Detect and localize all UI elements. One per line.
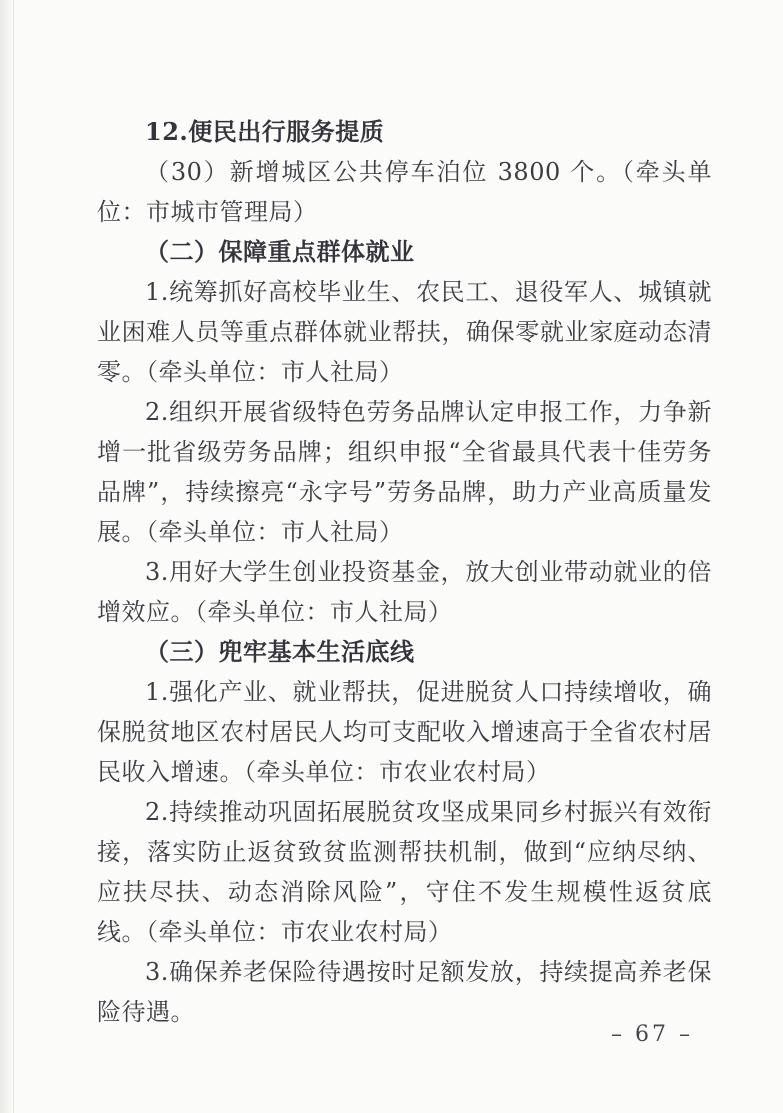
section-heading: 12.便民出行服务提质 xyxy=(97,112,712,152)
body-paragraph: 2.组织开展省级特色劳务品牌认定申报工作，力争新增一批省级劳务品牌；组织申报“全… xyxy=(97,392,712,552)
body-paragraph: 1.强化产业、就业帮扶，促进脱贫人口持续增收，确保脱贫地区农村居民人均可支配收入… xyxy=(97,672,712,792)
section-heading: （二）保障重点群体就业 xyxy=(97,232,712,272)
document-page: 12.便民出行服务提质（30）新增城区公共停车泊位 3800 个。（牵头单位：市… xyxy=(0,0,783,1113)
scan-edge-artifact xyxy=(0,0,14,1113)
body-paragraph: （30）新增城区公共停车泊位 3800 个。（牵头单位：市城市管理局） xyxy=(97,152,712,232)
document-body: 12.便民出行服务提质（30）新增城区公共停车泊位 3800 个。（牵头单位：市… xyxy=(97,112,712,1032)
body-paragraph: 2.持续推动巩固拓展脱贫攻坚成果同乡村振兴有效衔接，落实防止返贫致贫监测帮扶机制… xyxy=(97,792,712,952)
body-paragraph: 1.统筹抓好高校毕业生、农民工、退役军人、城镇就业困难人员等重点群体就业帮扶，确… xyxy=(97,272,712,392)
page-number: – 67 – xyxy=(611,1022,693,1047)
body-paragraph: 3.用好大学生创业投资基金，放大创业带动就业的倍增效应。（牵头单位：市人社局） xyxy=(97,552,712,632)
section-heading: （三）兜牢基本生活底线 xyxy=(97,632,712,672)
body-paragraph: 3.确保养老保险待遇按时足额发放，持续提高养老保险待遇。 xyxy=(97,952,712,1032)
